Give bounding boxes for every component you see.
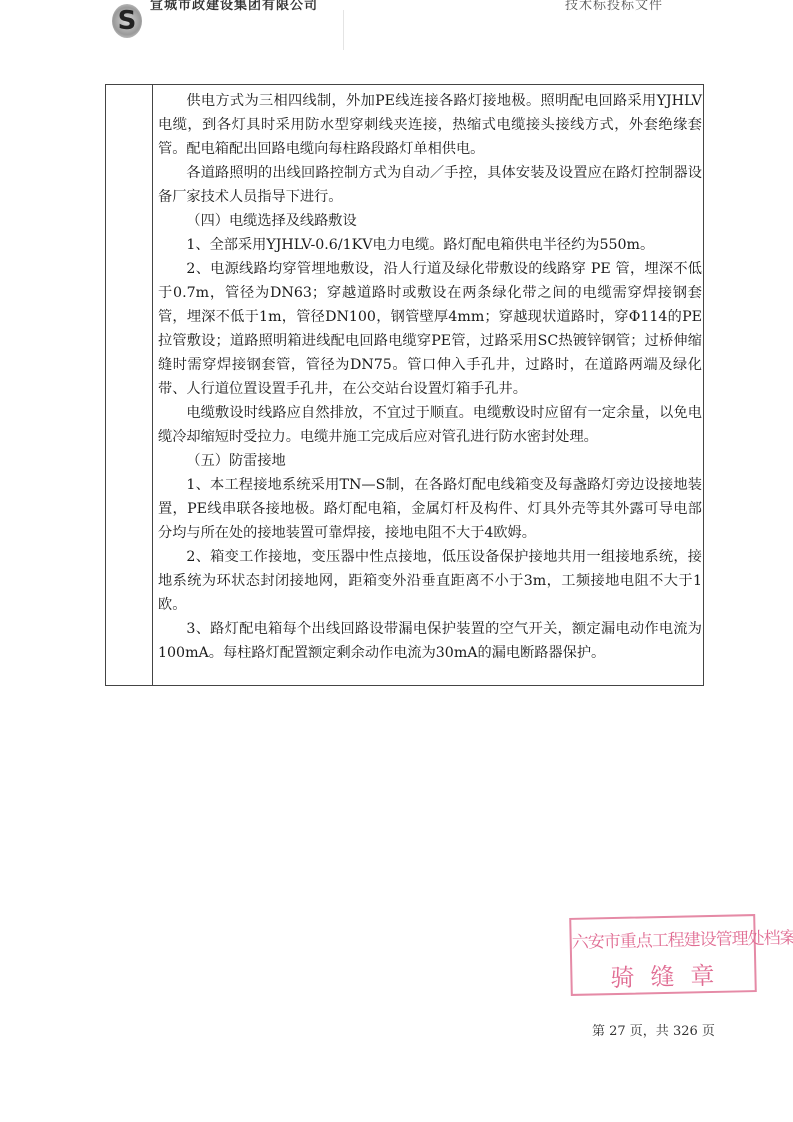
table-content-cell: 供电方式为三相四线制，外加PE线连接各路灯接地极。照明配电回路采用YJHLV电缆…: [158, 89, 702, 665]
paragraph-grounding-item-2: 2、箱变工作接地，变压器中性点接地，低压设备保护接地共用一组接地系统，接地系统为…: [158, 545, 702, 617]
page-header: S 宣城市政建设集团有限公司 技术标投标文件: [0, 0, 793, 44]
document-title: 技术标投标文件: [565, 0, 663, 13]
paragraph-cable-laying: 电缆敷设时线路应自然排放，不宜过于顺直。电缆敷设时应留有一定余量，以免电缆冷却缩…: [158, 401, 702, 449]
paragraph-grounding-item-3: 3、路灯配电箱每个出线回路设带漏电保护装置的空气开关，额定漏电动作电流为100m…: [158, 617, 702, 665]
paragraph-grounding-item-1: 1、本工程接地系统采用TN—S制，在各路灯配电线箱变及每盏路灯旁边设接地装置，P…: [158, 473, 702, 545]
company-logo-icon: S: [112, 4, 142, 38]
stamp-title: 骑缝章: [572, 955, 755, 994]
content-table: 供电方式为三相四线制，外加PE线连接各路灯接地极。照明配电回路采用YJHLV电缆…: [105, 84, 704, 686]
paragraph-control-mode: 各道路照明的出线回路控制方式为自动／手控，具体安装及设置应在路灯控制器设备厂家技…: [158, 161, 702, 209]
paragraph-cable-item-2: 2、电源线路均穿管埋地敷设，沿人行道及绿化带敷设的线路穿 PE 管，埋深不低于0…: [158, 257, 702, 401]
paragraph-power-supply: 供电方式为三相四线制，外加PE线连接各路灯接地极。照明配电回路采用YJHLV电缆…: [158, 89, 702, 161]
section-heading-cable: （四）电缆选择及线路敷设: [158, 209, 702, 233]
section-heading-grounding: （五）防雷接地: [158, 449, 702, 473]
stamp-org-name: 六安市重点工程建设管理处档案室: [571, 924, 753, 953]
company-name: 宣城市政建设集团有限公司: [150, 0, 318, 13]
paragraph-cable-item-1: 1、全部采用YJHLV-0.6/1KV电力电缆。路灯配电箱供电半径约为550m。: [158, 233, 702, 257]
table-label-column: [106, 85, 153, 685]
header-divider: [343, 10, 344, 50]
seal-stamp: 六安市重点工程建设管理处档案室 骑缝章: [569, 914, 757, 996]
page-number: 第 27 页，共 326 页: [592, 1020, 715, 1039]
